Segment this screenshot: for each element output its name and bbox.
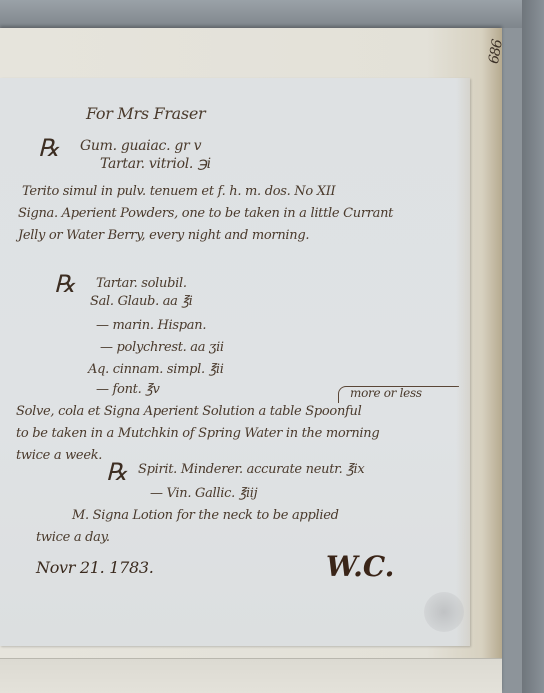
- rx1-line-1: Gum. guaiac. gr v: [80, 138, 201, 154]
- rx1-line-2: Tartar. vitriol. ℈i: [100, 156, 211, 172]
- rx2-direction-3: twice a week.: [16, 448, 102, 463]
- rx3-line-1: Spirit. Minderer. accurate neutr. ℥ix: [138, 462, 364, 477]
- paper-stain: [424, 592, 464, 632]
- rx2-line-1: Tartar. solubil.: [96, 276, 187, 291]
- rx1-direction-2: Signa. Aperient Powders, one to be taken…: [18, 206, 393, 221]
- folio-number: 686: [486, 39, 506, 65]
- rx2-line-6: — font. ℥v: [96, 382, 160, 397]
- rx2-margin-note: more or less: [350, 386, 422, 400]
- prescription-sheet: For Mrs Fraser ℞ Gum. guaiac. gr v Tarta…: [0, 78, 470, 646]
- rx2-line-4: — polychrest. aa ʒii: [100, 340, 224, 355]
- heading: For Mrs Fraser: [86, 104, 205, 123]
- rx2-direction-1: Solve, cola et Signa Aperient Solution a…: [16, 404, 361, 419]
- rx2-line-3: — marin. Hispan.: [96, 318, 206, 333]
- rx3-direction-1: M. Signa Lotion for the neck to be appli…: [72, 508, 339, 523]
- rx2-line-5: Aq. cinnam. simpl. ℥ii: [88, 362, 224, 377]
- rx-symbol-3: ℞: [106, 458, 127, 486]
- signature: W.C.: [326, 550, 394, 583]
- rx-symbol-2: ℞: [54, 270, 75, 298]
- date: Novr 21. 1783.: [36, 558, 154, 577]
- rx2-direction-2: to be taken in a Mutchkin of Spring Wate…: [16, 426, 379, 441]
- scan-backdrop-right: [522, 0, 544, 693]
- backing-page-fold: [0, 658, 502, 693]
- rx1-direction-3: Jelly or Water Berry, every night and mo…: [18, 228, 309, 243]
- rx3-direction-2: twice a day.: [36, 530, 110, 545]
- scan-backdrop-top: [0, 0, 544, 28]
- rx3-line-2: — Vin. Gallic. ℥iij: [150, 486, 257, 501]
- rx-symbol-1: ℞: [38, 134, 59, 162]
- rx2-line-2: Sal. Glaub. aa ℥i: [90, 294, 193, 309]
- rx1-direction-1: Terito simul in pulv. tenuem et f. h. m.…: [22, 184, 335, 199]
